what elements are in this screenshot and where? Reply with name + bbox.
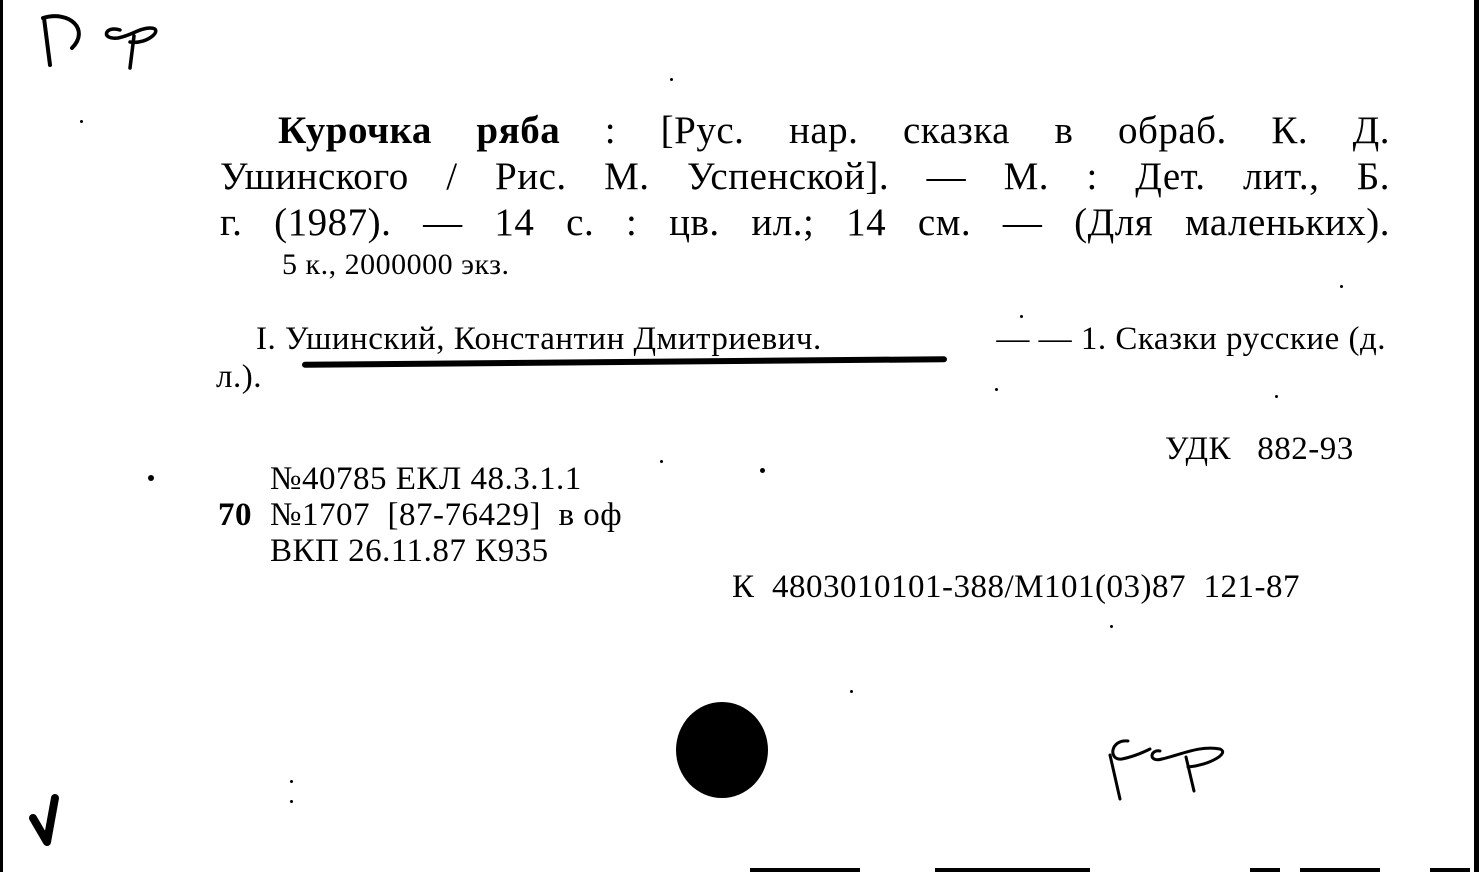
service-prefix: 70	[218, 496, 252, 534]
subject-heading: — — 1. Сказки русские (д.	[996, 320, 1386, 358]
classification-code: К 4803010101-388/М101(03)87 121-87	[732, 568, 1300, 606]
card-right-edge	[1474, 0, 1479, 872]
book-title: Курочка ряба	[278, 109, 560, 152]
description-line-2: Ушинского / Рис. М. Успенской]. — М. : Д…	[220, 154, 1390, 200]
punch-hole	[676, 702, 768, 798]
service-line-2: №1707 [87-76429] в оф	[270, 496, 622, 534]
added-entry-number: I.	[256, 321, 276, 357]
card-left-edge	[0, 0, 3, 872]
description-line-3: г. (1987). — 14 с. : цв. ил.; 14 см. — (…	[220, 200, 1390, 246]
handwritten-mark-bottom	[1100, 735, 1230, 805]
service-line-3: ВКП 26.11.87 К935	[270, 532, 549, 570]
handwritten-mark-top	[30, 10, 170, 70]
udc-code: УДК 882-93	[1165, 430, 1354, 468]
tracing-continuation: л.).	[216, 358, 262, 396]
added-entry-name: Ушинский, Константин Дмитриевич.	[285, 321, 822, 357]
price-run: 5 к., 2000000 экз.	[282, 248, 509, 282]
description-rest: : [Рус. нар. сказка в обраб. К. Д.	[560, 109, 1390, 152]
service-line-1: №40785 ЕКЛ 48.3.1.1	[270, 460, 582, 498]
check-mark-icon	[25, 790, 70, 855]
description-line-1: Курочка ряба : [Рус. нар. сказка в обраб…	[220, 108, 1390, 154]
tracing-line: I. Ушинский, Константин Дмитриевич. — — …	[256, 320, 1386, 358]
